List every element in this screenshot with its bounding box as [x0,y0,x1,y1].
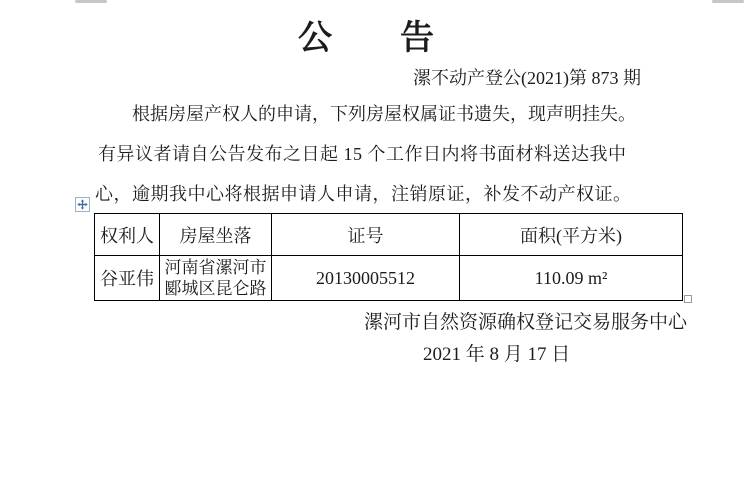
page-margin-mark-right [712,0,744,3]
table-header-row: 权利人 房屋坐落 证号 面积(平方米) [95,214,683,256]
table-header-cert-no: 证号 [272,214,460,256]
table-header-area: 面积(平方米) [460,214,683,256]
table-header-owner: 权利人 [95,214,160,256]
table-row: 谷亚伟 河南省漯河市 郾城区昆仑路 20130005512 110.09 m² [95,256,683,301]
paragraph-objection-line1: 有异议者请自公告发布之日起 15 个工作日内将书面材料送达我中 [98,140,627,166]
table-header-location: 房屋坐落 [160,214,272,256]
property-table: 权利人 房屋坐落 证号 面积(平方米) 谷亚伟 河南省漯河市 郾城区昆仑路 20… [94,213,683,301]
cell-owner: 谷亚伟 [95,256,160,301]
paragraph-application: 根据房屋产权人的申请，下列房屋权属证书遗失，现声明挂失。 [132,100,636,126]
move-icon [77,199,88,210]
cell-area: 110.09 m² [460,256,683,301]
cell-location: 河南省漯河市 郾城区昆仑路 [160,256,272,301]
document-page: 公 告 漯不动产登公(2021)第 873 期 根据房屋产权人的申请，下列房屋权… [0,0,750,489]
page-margin-mark-left [75,0,107,3]
issuer-line: 漯河市自然资源确权登记交易服务中心 [0,307,687,334]
reference-number-line: 漯不动产登公(2021)第 873 期 [413,64,641,90]
date-line: 2021 年 8 月 17 日 [423,339,570,366]
cell-location-line2: 郾城区昆仑路 [162,278,269,299]
table-resize-handle[interactable] [684,295,692,303]
table-move-handle[interactable] [75,197,90,212]
paragraph-objection-line2: 心，逾期我中心将根据申请人申请，注销原证，补发不动产权证。 [95,180,632,206]
cell-cert-no: 20130005512 [272,256,460,301]
cell-location-line1: 河南省漯河市 [162,257,269,278]
announcement-title: 公 告 [0,10,732,59]
